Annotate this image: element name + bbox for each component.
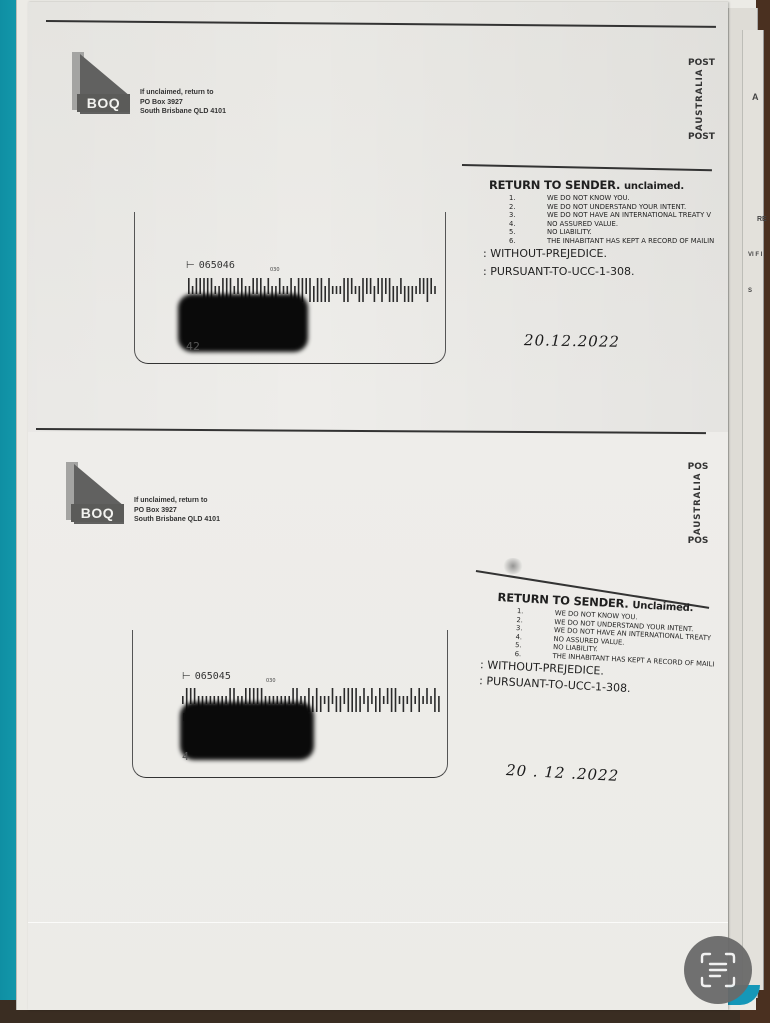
underlying-sheet (742, 30, 764, 990)
return-address-line: If unclaimed, return to (134, 496, 220, 506)
return-address-line: PO Box 3927 (134, 506, 220, 516)
reason-text: THE INHABITANT HAS KEPT A RECORD OF MAIL… (533, 237, 714, 246)
stamp-reasons-list: 1.WE DO NOT KNOW YOU. 2.WE DO NOT UNDERS… (489, 194, 729, 246)
sort-code: 030 (270, 267, 280, 273)
without-prejudice-line: : WITHOUT-PREJEDICE. (483, 247, 729, 261)
stamp-title-small: Unclaimed. (632, 600, 693, 614)
boq-logo: BOQ (66, 462, 124, 524)
ucc-line: : PURSUANT-TO-UCC-1-308. (483, 265, 729, 279)
tracking-mark: ⊢ (186, 260, 195, 271)
postmark-bottom: POST (688, 132, 712, 142)
address-fragment: 4 (182, 750, 189, 763)
stamp-reason: 3.WE DO NOT HAVE AN INTERNATIONAL TREATY… (489, 211, 729, 220)
stamp-reason: 1.WE DO NOT KNOW YOU. (489, 194, 729, 203)
australia-post-mark: POST AUSTRALIA POST (688, 58, 712, 142)
stamp-reason: 2.WE DO NOT UNDERSTAND YOUR INTENT. (489, 203, 729, 212)
return-address-line: South Brisbane QLD 4101 (140, 107, 226, 117)
logo-text: BOQ (77, 94, 130, 112)
postmark-top: POST (688, 58, 712, 68)
return-address-line: South Brisbane QLD 4101 (134, 515, 220, 525)
tracking-number: ⊢065046 (186, 260, 235, 271)
stamp-reason: 5.NO LIABILITY. (489, 228, 729, 237)
reason-number: 2. (489, 203, 533, 212)
handwritten-date: 20.12.2022 (524, 331, 620, 351)
reason-number: 3. (489, 211, 533, 220)
reason-number: 5. (489, 228, 533, 237)
return-address: If unclaimed, return to PO Box 3927 Sout… (134, 496, 220, 525)
reason-text: WE DO NOT UNDERSTAND YOUR INTENT. (533, 203, 686, 212)
printed-sheet: BOQ If unclaimed, return to PO Box 3927 … (28, 2, 728, 1010)
handwritten-date: 20 . 12 .2022 (506, 761, 620, 785)
tracking-number: ⊢065045 (182, 671, 231, 682)
redacted-address (180, 702, 314, 760)
stamp-reason: 4.NO ASSURED VALUE. (489, 220, 729, 229)
edge-glyph: VI F I (748, 252, 762, 258)
edge-glyph: RE (757, 216, 767, 223)
postmark-middle: AUSTRALIA (693, 475, 703, 535)
live-text-scan-button[interactable] (684, 936, 752, 1004)
return-address: If unclaimed, return to PO Box 3927 Sout… (140, 88, 226, 117)
stamp-title-small: unclaimed. (624, 181, 684, 192)
return-address-line: PO Box 3927 (140, 98, 226, 108)
return-address-line: If unclaimed, return to (140, 88, 226, 98)
stamp-title-bold: RETURN TO SENDER. (489, 178, 620, 192)
postmark-middle: AUSTRALIA (695, 71, 705, 131)
reason-number: 4. (489, 220, 533, 229)
reason-text: WE DO NOT KNOW YOU. (533, 194, 630, 203)
postmark-top: POS (686, 462, 710, 472)
return-to-sender-stamp: RETURN TO SENDER. unclaimed. 1.WE DO NOT… (489, 178, 729, 279)
sheet-fold-line (28, 922, 728, 923)
tracking-number-text: 065045 (195, 671, 231, 682)
reason-text: NO LIABILITY. (533, 228, 592, 237)
edge-glyph: S (748, 288, 752, 294)
edge-glyph: A (752, 92, 759, 102)
stamp-reason: 6.THE INHABITANT HAS KEPT A RECORD OF MA… (489, 237, 729, 246)
logo-text: BOQ (71, 504, 124, 522)
reason-number: 6. (489, 237, 533, 246)
reason-number: 1. (489, 194, 533, 203)
australia-post-mark: POS AUSTRALIA POS (686, 462, 710, 546)
ink-smudge (502, 558, 524, 574)
stamp-title: RETURN TO SENDER. unclaimed. (489, 178, 729, 192)
tracking-mark: ⊢ (182, 671, 191, 682)
reason-text: WE DO NOT HAVE AN INTERNATIONAL TREATY V (533, 211, 711, 220)
reason-text: NO ASSURED VALUE. (533, 220, 618, 229)
tracking-number-text: 065046 (199, 260, 235, 271)
boq-logo: BOQ (72, 52, 130, 114)
postmark-bottom: POS (686, 536, 710, 546)
return-to-sender-stamp: RETURN TO SENDER. Unclaimed. 1.WE DO NOT… (493, 590, 718, 700)
text-scan-icon (698, 950, 738, 990)
sort-code: 030 (266, 678, 276, 684)
address-fragment: 42 (186, 340, 200, 353)
